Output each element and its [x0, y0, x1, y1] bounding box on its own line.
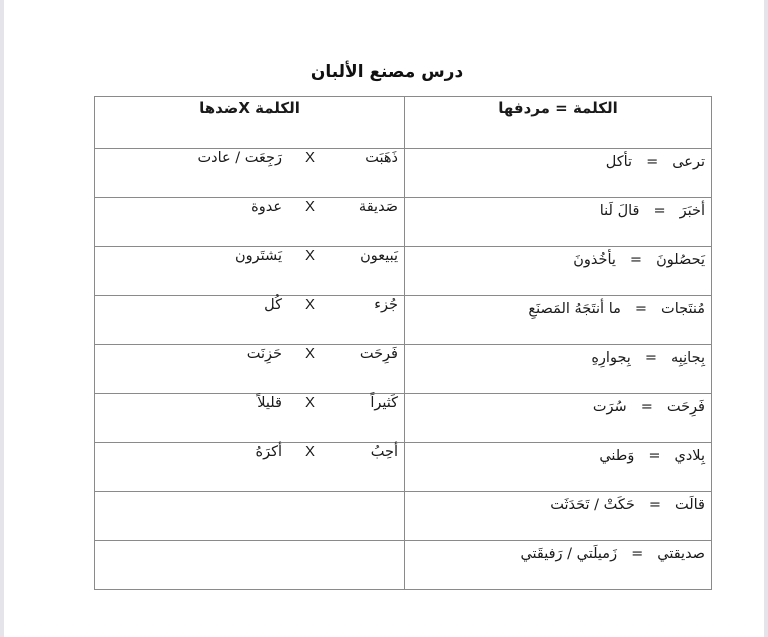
table-row: مُنتَجات = ما أنتَجَهُ المَصنَعِ جُزء X … [95, 296, 712, 345]
word: قالَت [675, 496, 705, 544]
table-row: قالَت = حَكَتْ / تَحَدَثَت [95, 492, 712, 541]
synonym-cell: يَحصُلونَ = يأخُذونَ [405, 247, 712, 296]
table-row: ترعى = تأكل ذَهَبَت X رَجِعَت / عادت [95, 149, 712, 198]
synonym: حَكَتْ / تَحَدَثَت [550, 496, 635, 544]
equals-sign: = [653, 202, 665, 250]
synonym: تأكل [606, 153, 632, 201]
antonym: حَزِنَت [247, 345, 282, 363]
antonym-cell: فَرِحَت X حَزِنَت [95, 345, 405, 394]
header-synonyms: الكلمة = مردفها [405, 97, 712, 149]
word: فَرِحَت [667, 398, 705, 446]
table-row: فَرِحَت = سُرَت كَثيراً X قليلاً [95, 394, 712, 443]
antonym-cell: كَثيراً X قليلاً [95, 394, 405, 443]
antonym-cell: صَديقة X عدوة [95, 198, 405, 247]
synonym-cell: ترعى = تأكل [405, 149, 712, 198]
antonym: كُل [264, 296, 282, 314]
equals-sign: = [635, 300, 647, 348]
word: ترعى [672, 153, 705, 201]
antonym-cell: أحِبُ X أكرَهُ [95, 443, 405, 492]
word: بِلادي [675, 447, 706, 495]
synonym-cell: بِلادي = وَطني [405, 443, 712, 492]
word: جُزء [374, 296, 398, 314]
opposite-sign: X [305, 149, 315, 167]
synonym-cell: أخبَرَ = قالَ لَنا [405, 198, 712, 247]
word: أخبَرَ [680, 202, 705, 250]
equals-sign: = [630, 251, 642, 299]
table-row: بِجانِبِه = بِجوارِهِ فَرِحَت X حَزِنَت [95, 345, 712, 394]
word: مُنتَجات [661, 300, 705, 348]
word: بِجانِبِه [671, 349, 705, 397]
synonym: وَطني [599, 447, 634, 495]
equals-sign: = [646, 153, 658, 201]
word: أحِبُ [371, 443, 398, 461]
page-edge-right [764, 0, 768, 637]
equals-sign: = [648, 447, 660, 495]
antonym: عدوة [251, 198, 282, 216]
opposite-sign: X [305, 198, 315, 216]
document-title: درس مصنع الألبان [0, 62, 768, 82]
antonym-cell-empty [95, 492, 405, 541]
word: يَبيعون [360, 247, 398, 265]
word: كَثيراً [370, 394, 398, 412]
synonym: زَميلَتي / رَفيقَتي [520, 545, 617, 593]
opposite-sign: X [305, 394, 315, 412]
antonym: رَجِعَت / عادت [198, 149, 282, 167]
opposite-sign: X [305, 345, 315, 363]
antonym-cell-empty [95, 541, 405, 590]
word: صَديقة [359, 198, 398, 216]
synonym-cell: صديقتي = زَميلَتي / رَفيقَتي [405, 541, 712, 590]
opposite-sign: X [305, 296, 315, 314]
word: يَحصُلونَ [656, 251, 705, 299]
table-row: صديقتي = زَميلَتي / رَفيقَتي [95, 541, 712, 590]
equals-sign: = [649, 496, 661, 544]
synonym: يأخُذونَ [573, 251, 616, 299]
synonym: بِجوارِهِ [591, 349, 631, 397]
word: صديقتي [657, 545, 705, 593]
vocabulary-table: الكلمة = مردفها الكلمة Xضدها ترعى = تأكل… [94, 96, 712, 590]
synonym-cell: بِجانِبِه = بِجوارِهِ [405, 345, 712, 394]
synonym: ما أنتَجَهُ المَصنَعِ [528, 300, 620, 348]
antonym: يَشتَرون [235, 247, 282, 265]
document-title-text: درس مصنع الألبان [311, 62, 463, 82]
header-antonyms: الكلمة Xضدها [95, 97, 405, 149]
synonym-cell: فَرِحَت = سُرَت [405, 394, 712, 443]
synonym: سُرَت [593, 398, 627, 446]
equals-sign: = [641, 398, 653, 446]
table-row: بِلادي = وَطني أحِبُ X أكرَهُ [95, 443, 712, 492]
synonym-cell: مُنتَجات = ما أنتَجَهُ المَصنَعِ [405, 296, 712, 345]
table-row: أخبَرَ = قالَ لَنا صَديقة X عدوة [95, 198, 712, 247]
antonym-cell: جُزء X كُل [95, 296, 405, 345]
antonym: أكرَهُ [255, 443, 282, 461]
antonym-cell: ذَهَبَت X رَجِعَت / عادت [95, 149, 405, 198]
word: فَرِحَت [360, 345, 398, 363]
opposite-sign: X [305, 247, 315, 265]
synonym-cell: قالَت = حَكَتْ / تَحَدَثَت [405, 492, 712, 541]
page-edge-left [0, 0, 4, 637]
antonym: قليلاً [257, 394, 282, 412]
word: ذَهَبَت [365, 149, 398, 167]
opposite-sign: X [305, 443, 315, 461]
synonym: قالَ لَنا [600, 202, 640, 250]
table-row: يَحصُلونَ = يأخُذونَ يَبيعون X يَشتَرون [95, 247, 712, 296]
equals-sign: = [645, 349, 657, 397]
antonym-cell: يَبيعون X يَشتَرون [95, 247, 405, 296]
table-header-row: الكلمة = مردفها الكلمة Xضدها [95, 97, 712, 149]
equals-sign: = [631, 545, 643, 593]
